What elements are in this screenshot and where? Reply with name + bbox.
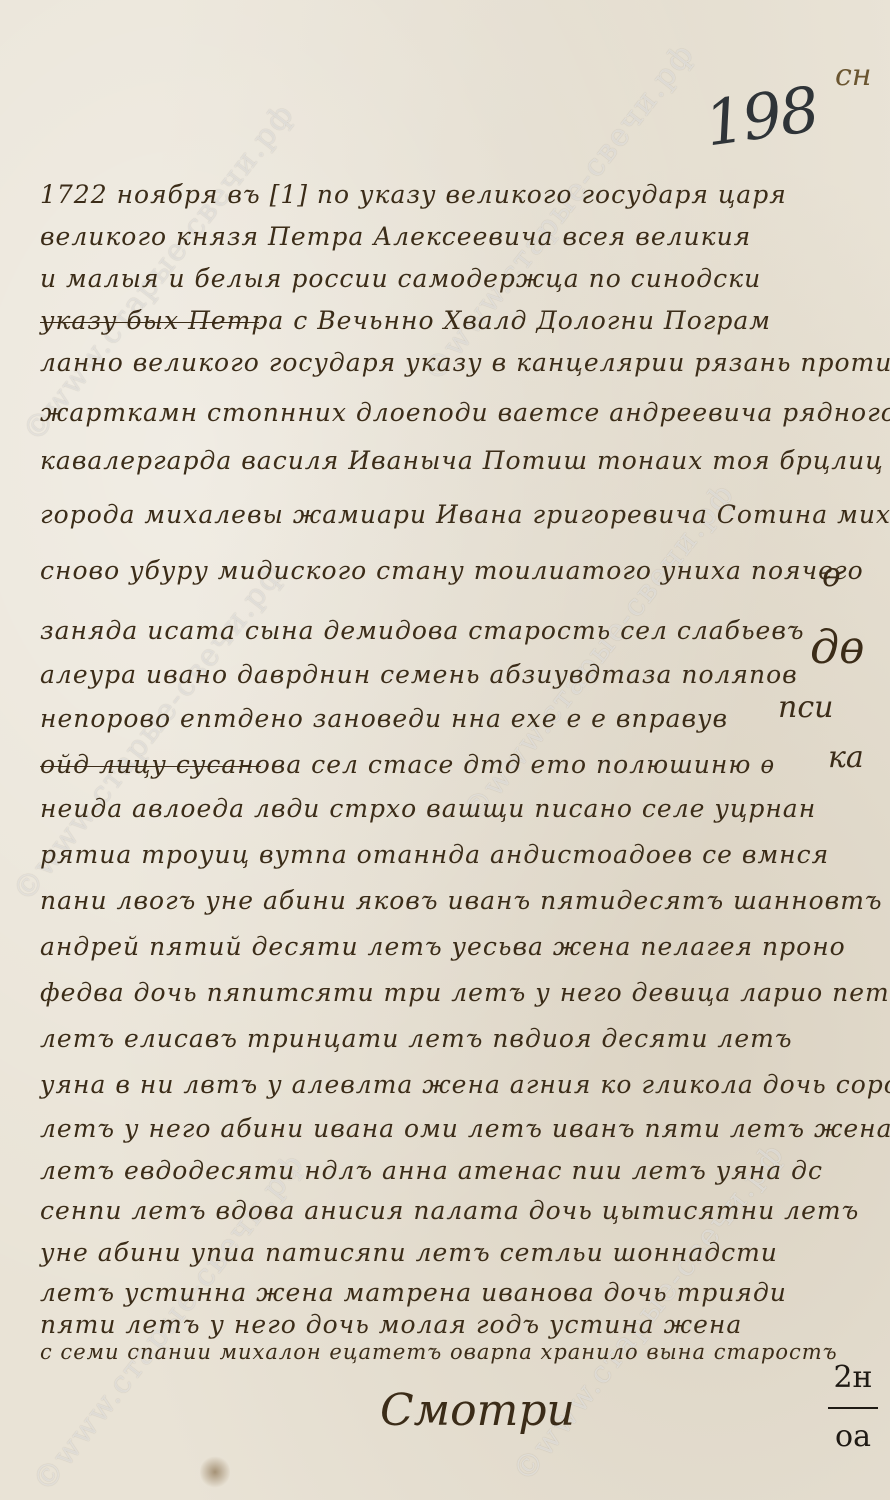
text-line: жарткамн стопнних длоеподи ваетсе андрее…: [40, 398, 890, 427]
text-line: ойд лицу сусанова сел стасе дтд ето полю…: [40, 750, 775, 779]
text-line: непорово ептдено зановеди нна ехе е е вп…: [40, 704, 728, 733]
text-line: 1722 ноября въ [1] по указу великого гос…: [40, 180, 787, 209]
text-line: великого князя Петра Алексеевича всея ве…: [40, 222, 751, 251]
text-line: ланно великого государя указу в канцеляр…: [40, 348, 890, 377]
text-line: летъ у него абини ивана оми летъ иванъ п…: [40, 1114, 890, 1143]
text-line: федва дочь пяпитсяти три летъ у него дев…: [40, 978, 890, 1007]
text-line: кавалергарда василя Иваныча Потиш тонаих…: [40, 446, 884, 475]
text-line: уне абини упиа патисяпи летъ сетльи шонн…: [40, 1238, 778, 1267]
manuscript-page: ©www.старые-свечи.рф ©www.старые-свечи.р…: [0, 0, 890, 1500]
text-line: пани лвогъ уне абини яковъ иванъ пятидес…: [40, 886, 883, 915]
text-line: летъ елисавъ тринцати летъ пвдиоя десяти…: [40, 1024, 793, 1053]
text-line: неида авлоеда лвди стрхо вашщи писано се…: [40, 794, 816, 823]
text-line: и малыя и белыя россии самодержца по син…: [40, 264, 761, 293]
signature: Смотри: [380, 1385, 575, 1436]
text-line: с семи спании михалон ецатетъ оварпа хра…: [40, 1340, 838, 1364]
text-line: рятиа троуиц вутпа отаннда андистоадоев …: [40, 840, 829, 869]
margin-note: ка: [828, 740, 864, 775]
margin-note: ѳ: [822, 555, 841, 595]
fraction-numerator: 2н: [828, 1360, 878, 1409]
watermark: ©www.старые-свечи.рф: [416, 37, 701, 389]
text-line: заняда исата сына демидова старость сел …: [40, 616, 805, 645]
margin-note: дѳ: [810, 620, 865, 674]
text-line: пяти летъ у него дочь молая годъ устина …: [40, 1310, 742, 1339]
ink-stain: [200, 1455, 230, 1489]
text-line: уяна в ни лвтъ у алевлта жена агния ко г…: [40, 1070, 890, 1099]
fraction-denominator: оа: [828, 1419, 878, 1454]
bottom-fraction: 2н оа: [828, 1360, 878, 1454]
text-line: сенпи летъ вдова анисия палата дочь цыти…: [40, 1196, 859, 1225]
margin-note: пси: [778, 690, 833, 725]
text-line: указу бых Петра с Вечьнно Хвалд Дологни …: [40, 306, 771, 335]
text-line: сново убуру мидиского стану тоилиатого у…: [40, 556, 864, 585]
folio-number: 198: [700, 73, 821, 161]
text-line: летъ устинна жена матрена иванова дочь т…: [40, 1278, 787, 1307]
folio-mark: сн: [835, 58, 872, 93]
text-line: летъ евдодесяти ндлъ анна атенас пии лет…: [40, 1156, 823, 1185]
text-line: андрей пятий десяти летъ уесьва жена пел…: [40, 932, 846, 961]
text-line: города михалевы жамиари Ивана григоревич…: [40, 500, 890, 529]
text-line: алеура ивано даврднин семень абзиувдтаза…: [40, 660, 798, 689]
